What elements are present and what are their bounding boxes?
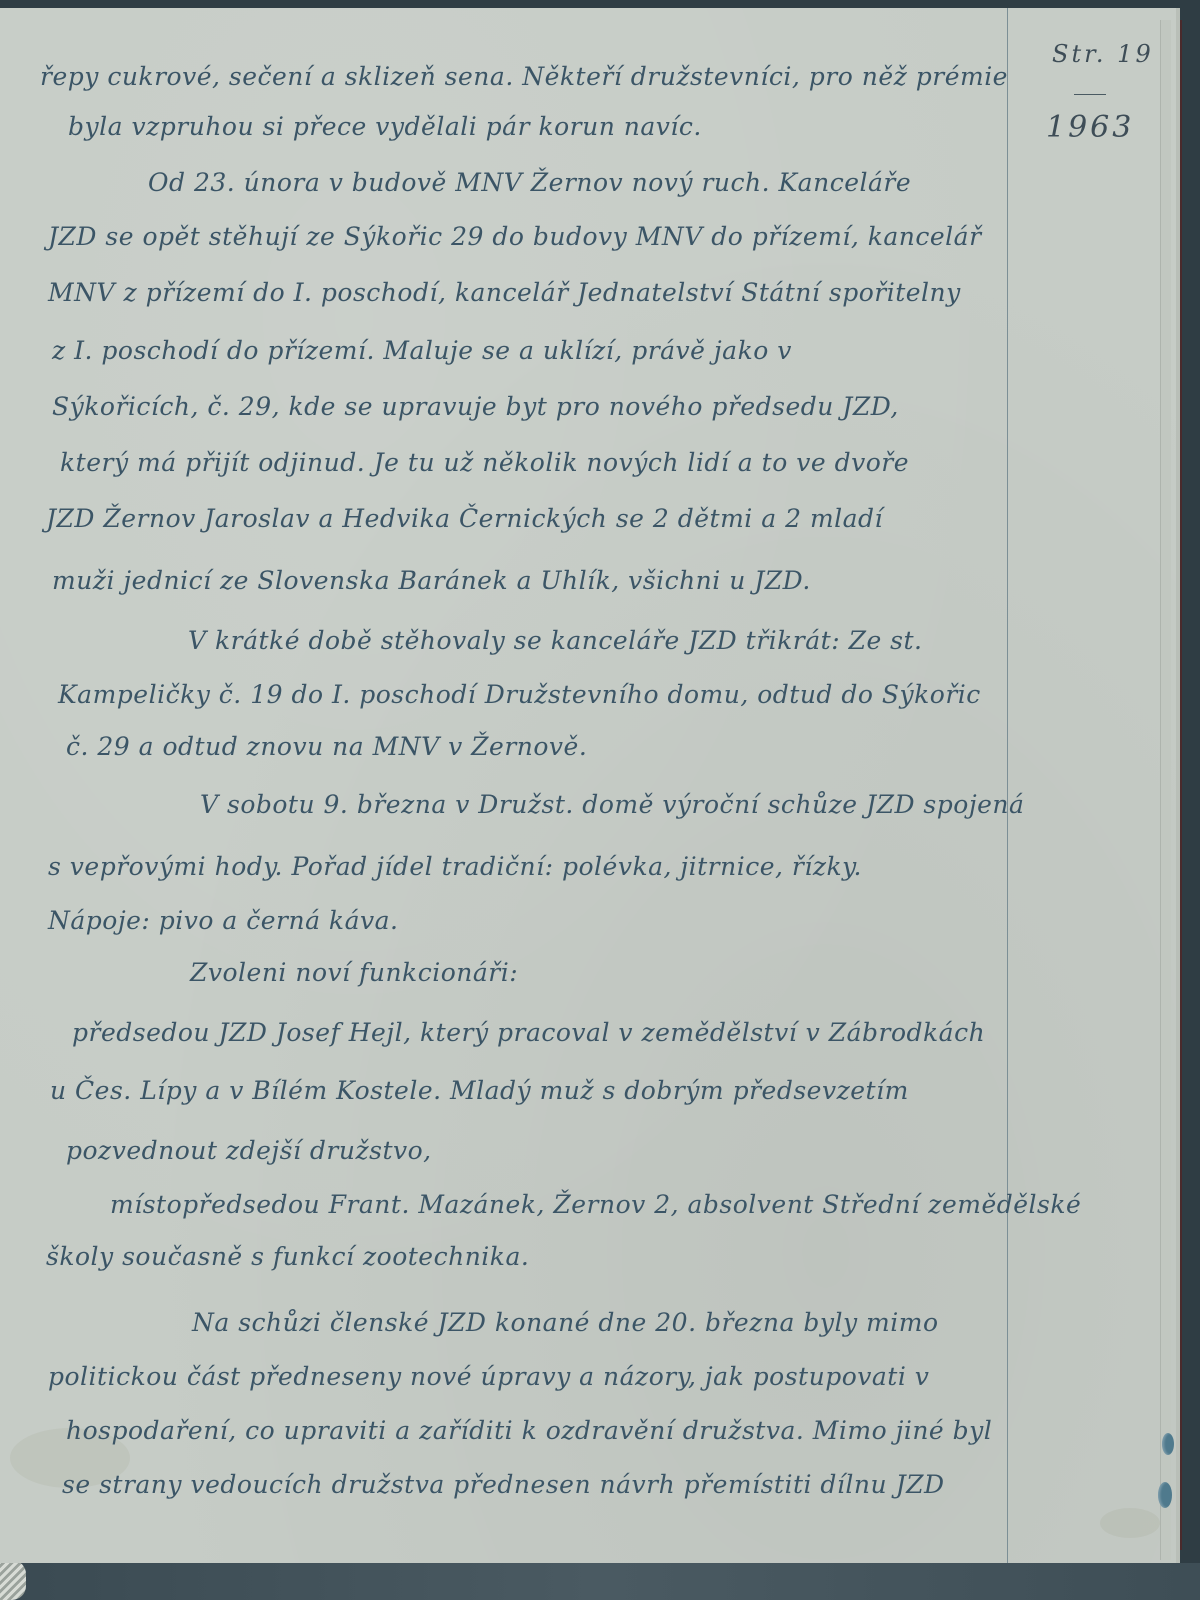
text-line: z I. poschodí do přízemí. Maluje se a uk… <box>52 336 792 365</box>
text-line: muži jednicí ze Slovenska Baránek a Uhlí… <box>52 566 811 595</box>
backdrop <box>0 1563 1200 1600</box>
page-label: Str. 19 <box>1052 40 1154 68</box>
text-line: byla vzpruhou si přece vydělali pár koru… <box>68 112 702 141</box>
text-line: školy současně s funkcí zootechnika. <box>46 1242 529 1271</box>
text-line: č. 29 a odtud znovu na MNV v Žernově. <box>66 732 587 761</box>
year-label: 1963 <box>1046 110 1134 145</box>
binding-cord <box>0 1560 26 1600</box>
text-line: V krátké době stěhovaly se kanceláře JZD… <box>188 626 923 655</box>
text-line: Kampeličky č. 19 do I. poschodí Družstev… <box>58 680 981 709</box>
text-line: který má přijít odjinud. Je tu už několi… <box>60 448 909 477</box>
margin-rule <box>1007 8 1008 1563</box>
text-line: Zvoleni noví funkcionáři: <box>190 958 518 987</box>
text-line: MNV z přízemí do I. poschodí, kancelář J… <box>48 278 961 307</box>
text-line: Sýkořicích, č. 29, kde se upravuje byt p… <box>52 392 899 421</box>
text-line: Nápoje: pivo a černá káva. <box>48 906 398 935</box>
text-line: V sobotu 9. března v Družst. domě výročn… <box>200 790 1024 819</box>
text-line: místopředsedou Frant. Mazánek, Žernov 2,… <box>110 1190 1081 1219</box>
binding-clip <box>1158 1482 1172 1508</box>
text-line: pozvednout zdejší družstvo, <box>66 1136 432 1165</box>
text-line: Od 23. února v budově MNV Žernov nový ru… <box>148 168 911 197</box>
text-line: hospodaření, co upraviti a zaříditi k oz… <box>66 1416 992 1445</box>
margin-dash <box>1074 94 1106 95</box>
text-line: JZD Žernov Jaroslav a Hedvika Černických… <box>46 504 883 533</box>
text-line: předsedou JZD Josef Hejl, který pracoval… <box>72 1018 985 1047</box>
paper-stain <box>1100 1508 1160 1538</box>
binding-clip <box>1162 1433 1174 1455</box>
text-line: politickou část předneseny nové úpravy a… <box>48 1362 929 1391</box>
text-line: s vepřovými hody. Pořad jídel tradiční: … <box>48 852 862 881</box>
text-line: se strany vedoucích družstva přednesen n… <box>62 1470 945 1499</box>
text-line: Na schůzi členské JZD konané dne 20. bře… <box>192 1308 939 1337</box>
text-line: JZD se opět stěhují ze Sýkořic 29 do bud… <box>48 222 982 251</box>
text-line: řepy cukrové, sečení a sklizeň sena. Něk… <box>40 62 1008 91</box>
page-edge <box>1160 20 1171 1560</box>
text-line: u Čes. Lípy a v Bílém Kostele. Mladý muž… <box>50 1076 909 1105</box>
